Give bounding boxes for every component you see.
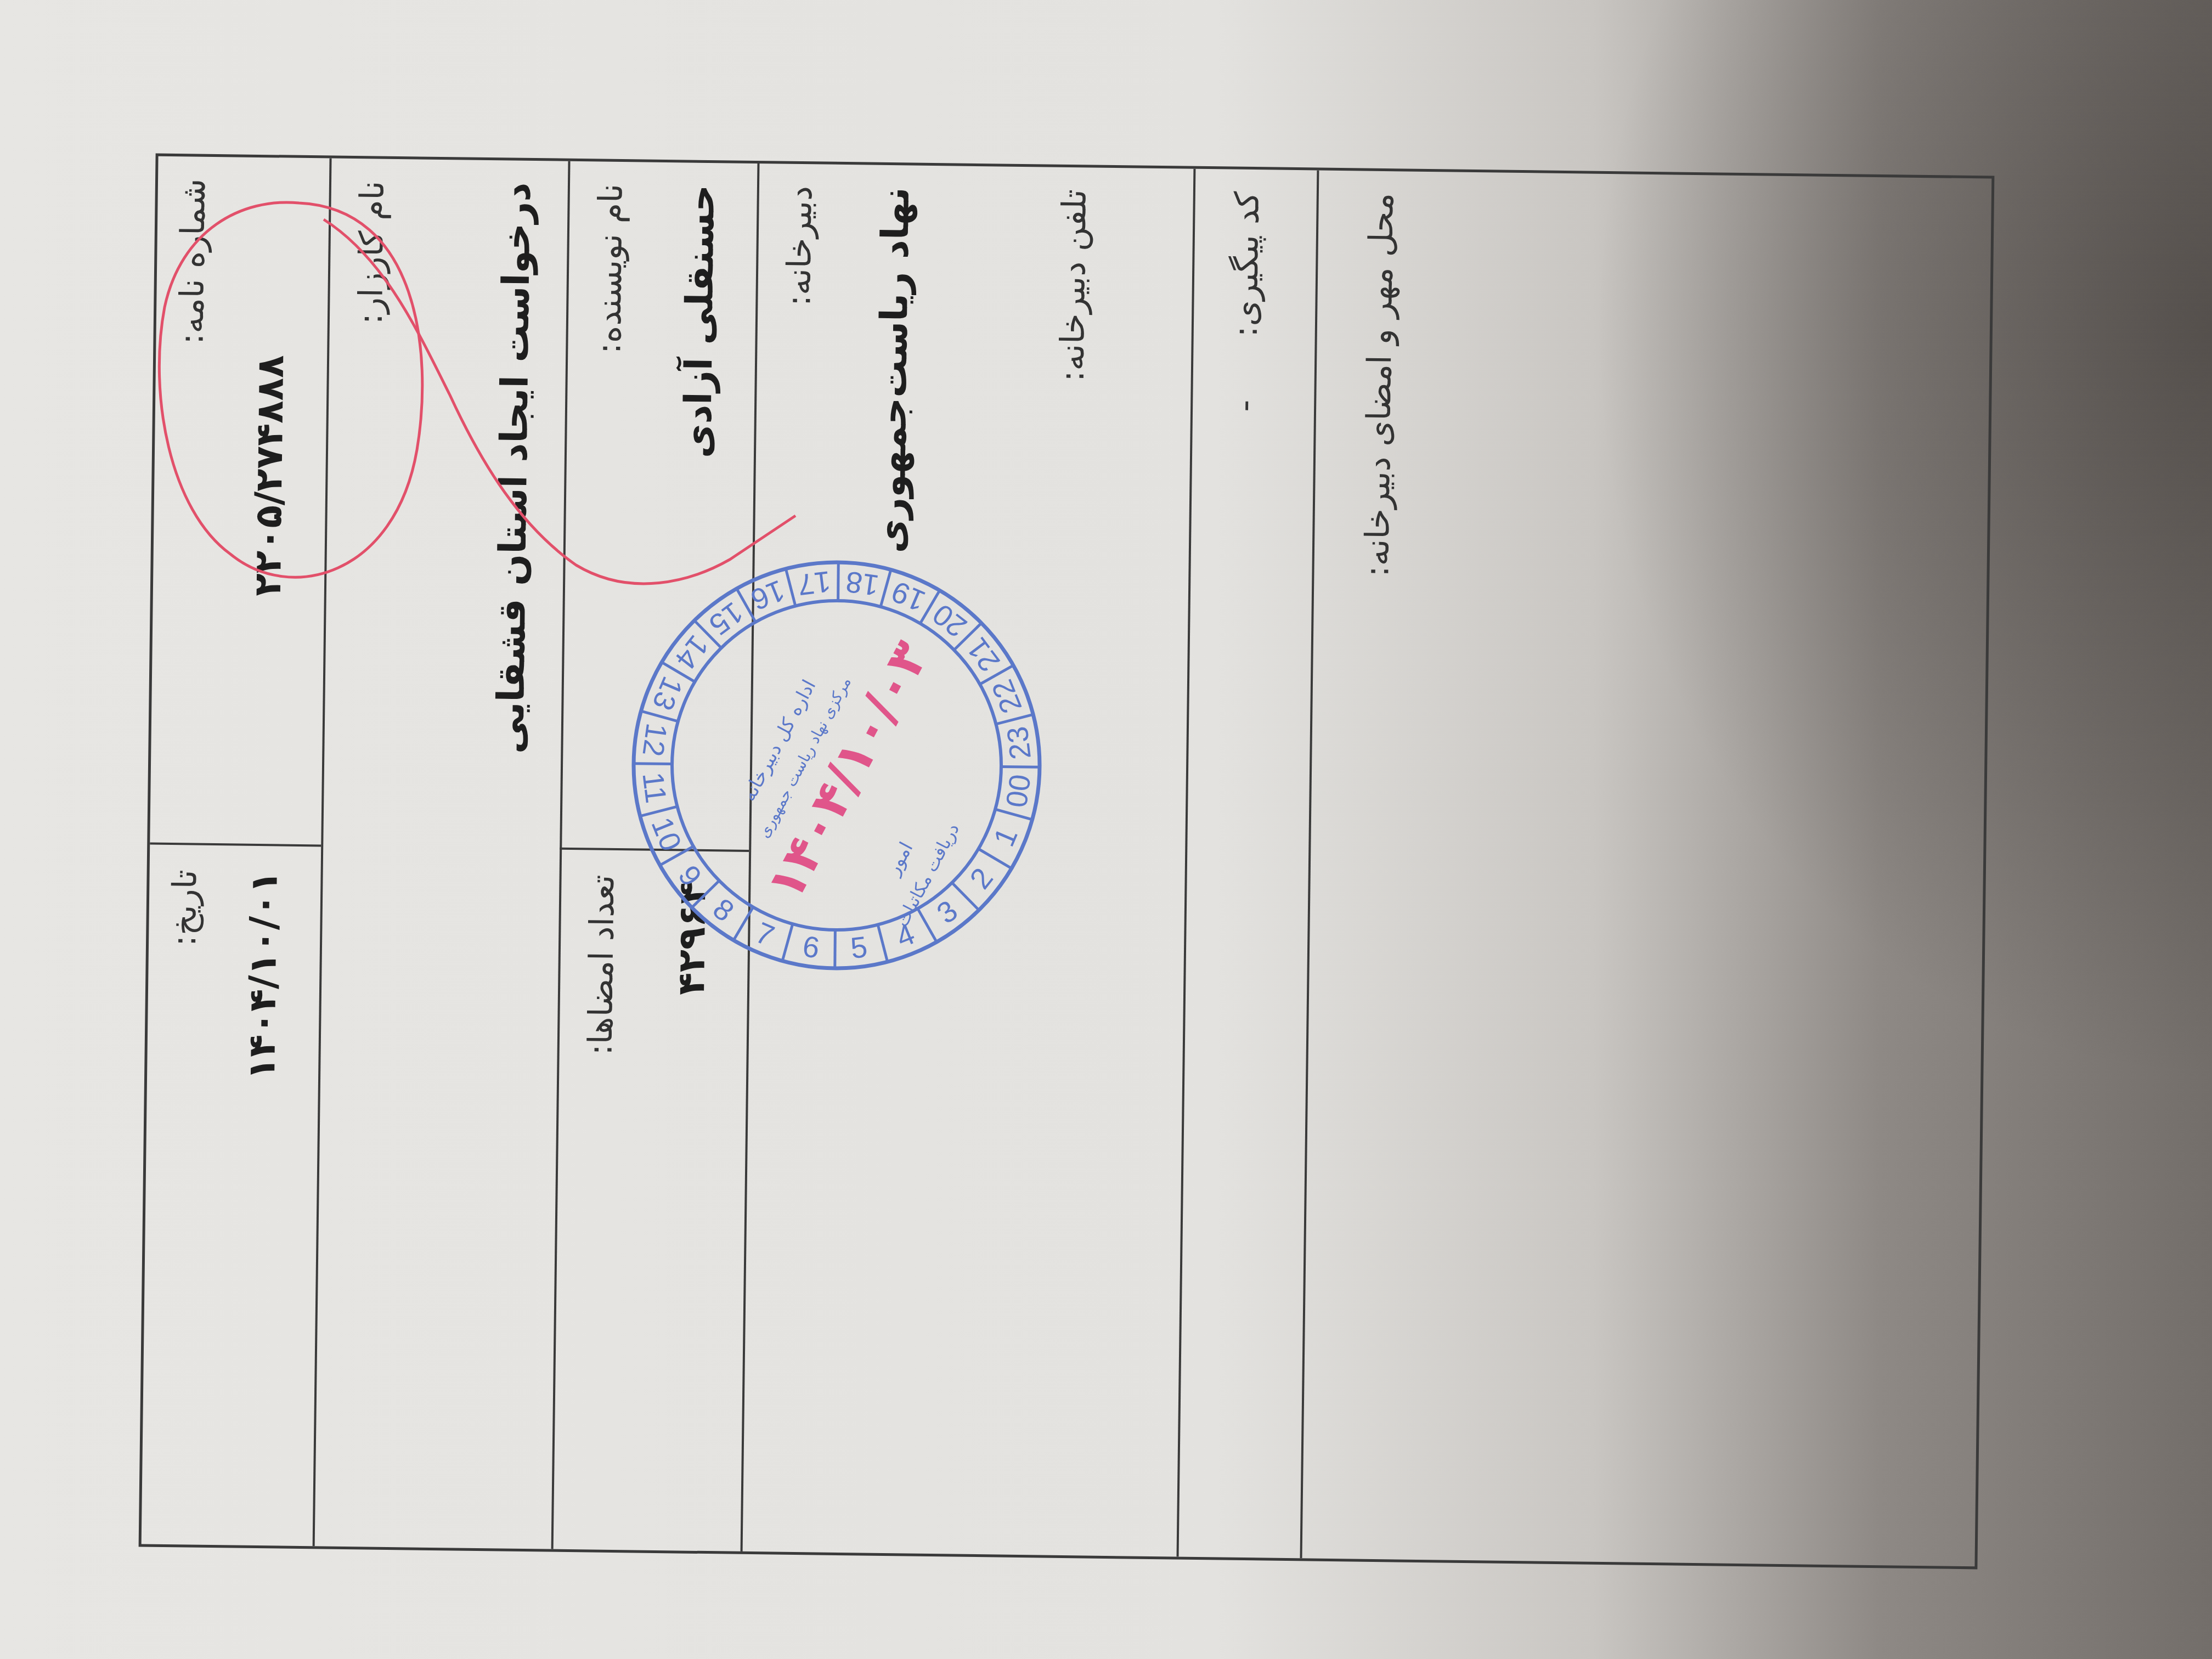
stamp-hour-number: 00 <box>1000 772 1037 810</box>
stamp-hour-divider <box>952 883 979 910</box>
stamp-hour-number: 7 <box>751 916 779 953</box>
stamp-hour-number: 23 <box>1001 725 1037 761</box>
stamp-hour-number: 1 <box>988 823 1024 851</box>
stamp-hour-divider <box>733 907 753 940</box>
stamp-hour-divider <box>1001 767 1040 768</box>
stamp-hour-number: 8 <box>707 892 740 928</box>
stamp-dept-line1: امور <box>882 838 917 879</box>
stamp-hour-divider <box>838 562 839 601</box>
stamp-hour-number: 11 <box>636 770 672 805</box>
stamp-hour-number: 9 <box>672 860 708 893</box>
stamp-hour-number: 5 <box>849 930 869 965</box>
stamp-hour-divider <box>692 881 719 907</box>
stamp-hour-number: 6 <box>800 930 821 965</box>
stamp-hour-number: 2 <box>963 862 1000 895</box>
stamp-hour-divider <box>835 930 836 968</box>
stamp-hour-divider <box>978 849 1011 868</box>
stamp-hour-divider <box>634 764 672 764</box>
stamp-hour-number: 12 <box>636 721 673 758</box>
stamp-hour-divider <box>918 909 936 942</box>
stamp-hour-divider <box>995 809 1032 820</box>
stamp-hour-divider <box>878 924 888 962</box>
stamp-hour-number: 3 <box>931 894 964 930</box>
stamp-hour-number: 18 <box>844 565 881 602</box>
stamp-hour-number: 17 <box>796 565 833 601</box>
stamp-hour-divider <box>782 924 793 961</box>
secretariat-stamp: 001234567891011121314151617181920212223ا… <box>0 0 2212 1659</box>
stamp-date: ۱۴۰۴/۱۰/۰۳ <box>755 632 940 910</box>
